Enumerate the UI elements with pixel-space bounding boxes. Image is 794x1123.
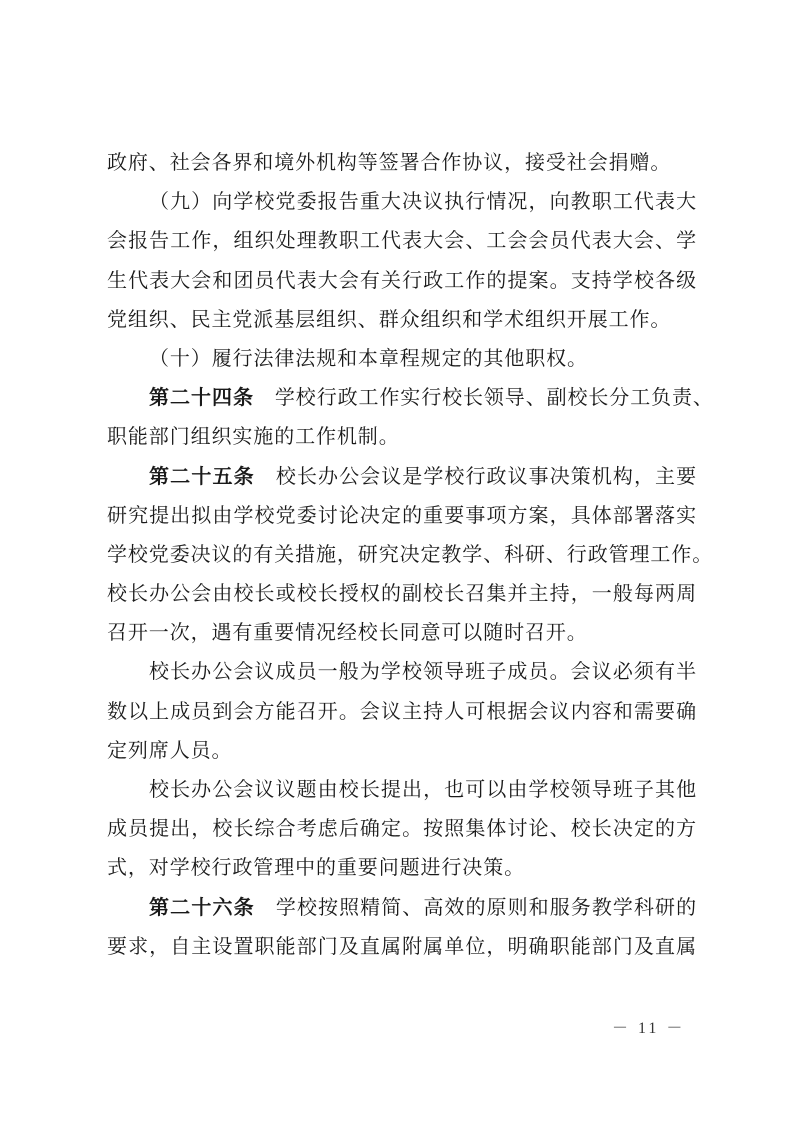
article-24-line: 第二十四条 学校行政工作实行校长领导、副校长分工负责、 — [107, 378, 697, 417]
article-heading: 第二十六条 — [149, 895, 255, 919]
article-25-line: 第二十五条 校长办公会议是学校行政议事决策机构，主要 — [107, 457, 697, 496]
page-number: － 11 － — [612, 1015, 685, 1038]
text-line: 政府、社会各界和境外机构等签署合作协议，接受社会捐赠。 — [107, 143, 697, 182]
text-line: 职能部门组织实施的工作机制。 — [107, 417, 697, 456]
article-text: 学校按照精简、高效的原则和服务教学科研的 — [276, 895, 697, 919]
article-heading: 第二十四条 — [149, 385, 254, 409]
text-line: 召开一次，遇有重要情况经校长同意可以随时召开。 — [107, 613, 697, 652]
text-line: 党组织、民主党派基层组织、群众组织和学术组织开展工作。 — [107, 300, 697, 339]
text-line: 校长办公会由校长或校长授权的副校长召集并主持，一般每两周 — [107, 574, 697, 613]
article-text: 学校行政工作实行校长领导、副校长分工负责、 — [275, 385, 714, 409]
text-line: 成员提出，校长综合考虑后确定。按照集体讨论、校长决定的方 — [107, 809, 697, 848]
text-line: 研究提出拟由学校党委讨论决定的重要事项方案，具体部署落实 — [107, 496, 697, 535]
article-text: 校长办公会议是学校行政议事决策机构，主要 — [276, 464, 697, 488]
text-line: 定列席人员。 — [107, 731, 697, 770]
text-line: 校长办公会议议题由校长提出，也可以由学校领导班子其他 — [107, 770, 697, 809]
text-line: 要求，自主设置职能部门及直属附属单位，明确职能部门及直属 — [107, 927, 697, 966]
text-line: （十）履行法律法规和本章程规定的其他职权。 — [107, 339, 697, 378]
text-line: 学校党委决议的有关措施，研究决定教学、科研、行政管理工作。 — [107, 535, 697, 574]
text-line: 会报告工作，组织处理教职工代表大会、工会会员代表大会、学 — [107, 221, 697, 260]
text-line: 生代表大会和团员代表大会有关行政工作的提案。支持学校各级 — [107, 261, 697, 300]
text-line: 校长办公会议成员一般为学校领导班子成员。会议必须有半 — [107, 652, 697, 691]
text-line: 式，对学校行政管理中的重要问题进行决策。 — [107, 848, 697, 887]
article-heading: 第二十五条 — [149, 464, 255, 488]
document-body: 政府、社会各界和境外机构等签署合作协议，接受社会捐赠。 （九）向学校党委报告重大… — [107, 143, 697, 966]
text-line: （九）向学校党委报告重大决议执行情况，向教职工代表大 — [107, 182, 697, 221]
article-26-line: 第二十六条 学校按照精简、高效的原则和服务教学科研的 — [107, 888, 697, 927]
text-line: 数以上成员到会方能召开。会议主持人可根据会议内容和需要确 — [107, 692, 697, 731]
